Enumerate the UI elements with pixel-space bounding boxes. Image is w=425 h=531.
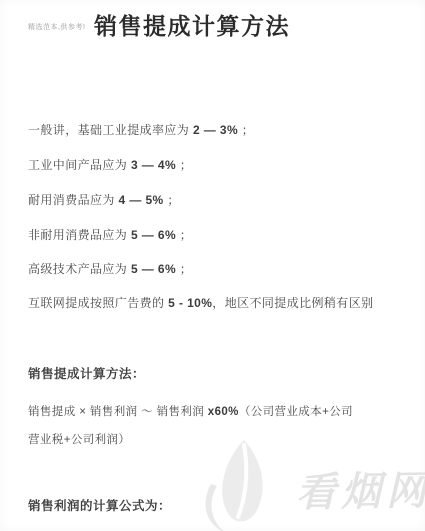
section-heading-profit-formula: 销售利润的计算公式为： <box>28 496 171 514</box>
line-nondurable-goods-rate: 非耐用消费品应为 5 — 6% ； <box>28 228 192 243</box>
line-hightech-products-rate: 高级技术产品应为 5 — 6% ； <box>28 262 192 277</box>
document-page: 精选范本,供参考! 销售提成计算方法 一般讲，基础工业提成率应为 2 — 3% … <box>0 0 425 531</box>
watermark-text: 看烟网 <box>296 459 425 518</box>
line-basic-industry-rate: 一般讲，基础工业提成率应为 2 — 3% ； <box>28 123 254 138</box>
line-durable-goods-rate: 耐用消费品应为 4 — 5% ； <box>28 193 180 208</box>
line-industrial-intermediate-rate: 工业中间产品应为 3 — 4% ； <box>28 158 192 173</box>
page-title: 销售提成计算方法 <box>94 8 290 41</box>
section-heading-commission-method: 销售提成计算方法： <box>28 364 145 382</box>
commission-formula-line: 销售提成 × 销售利润 ～ 销售利润 x60%（公司营业成本+公司营业税+公司利… <box>28 398 363 454</box>
line-internet-commission-rate: 互联网提成按照广告费的 5 - 10%，地区不同提成比例稍有区别 <box>28 296 374 311</box>
header-note: 精选范本,供参考! <box>28 22 85 32</box>
